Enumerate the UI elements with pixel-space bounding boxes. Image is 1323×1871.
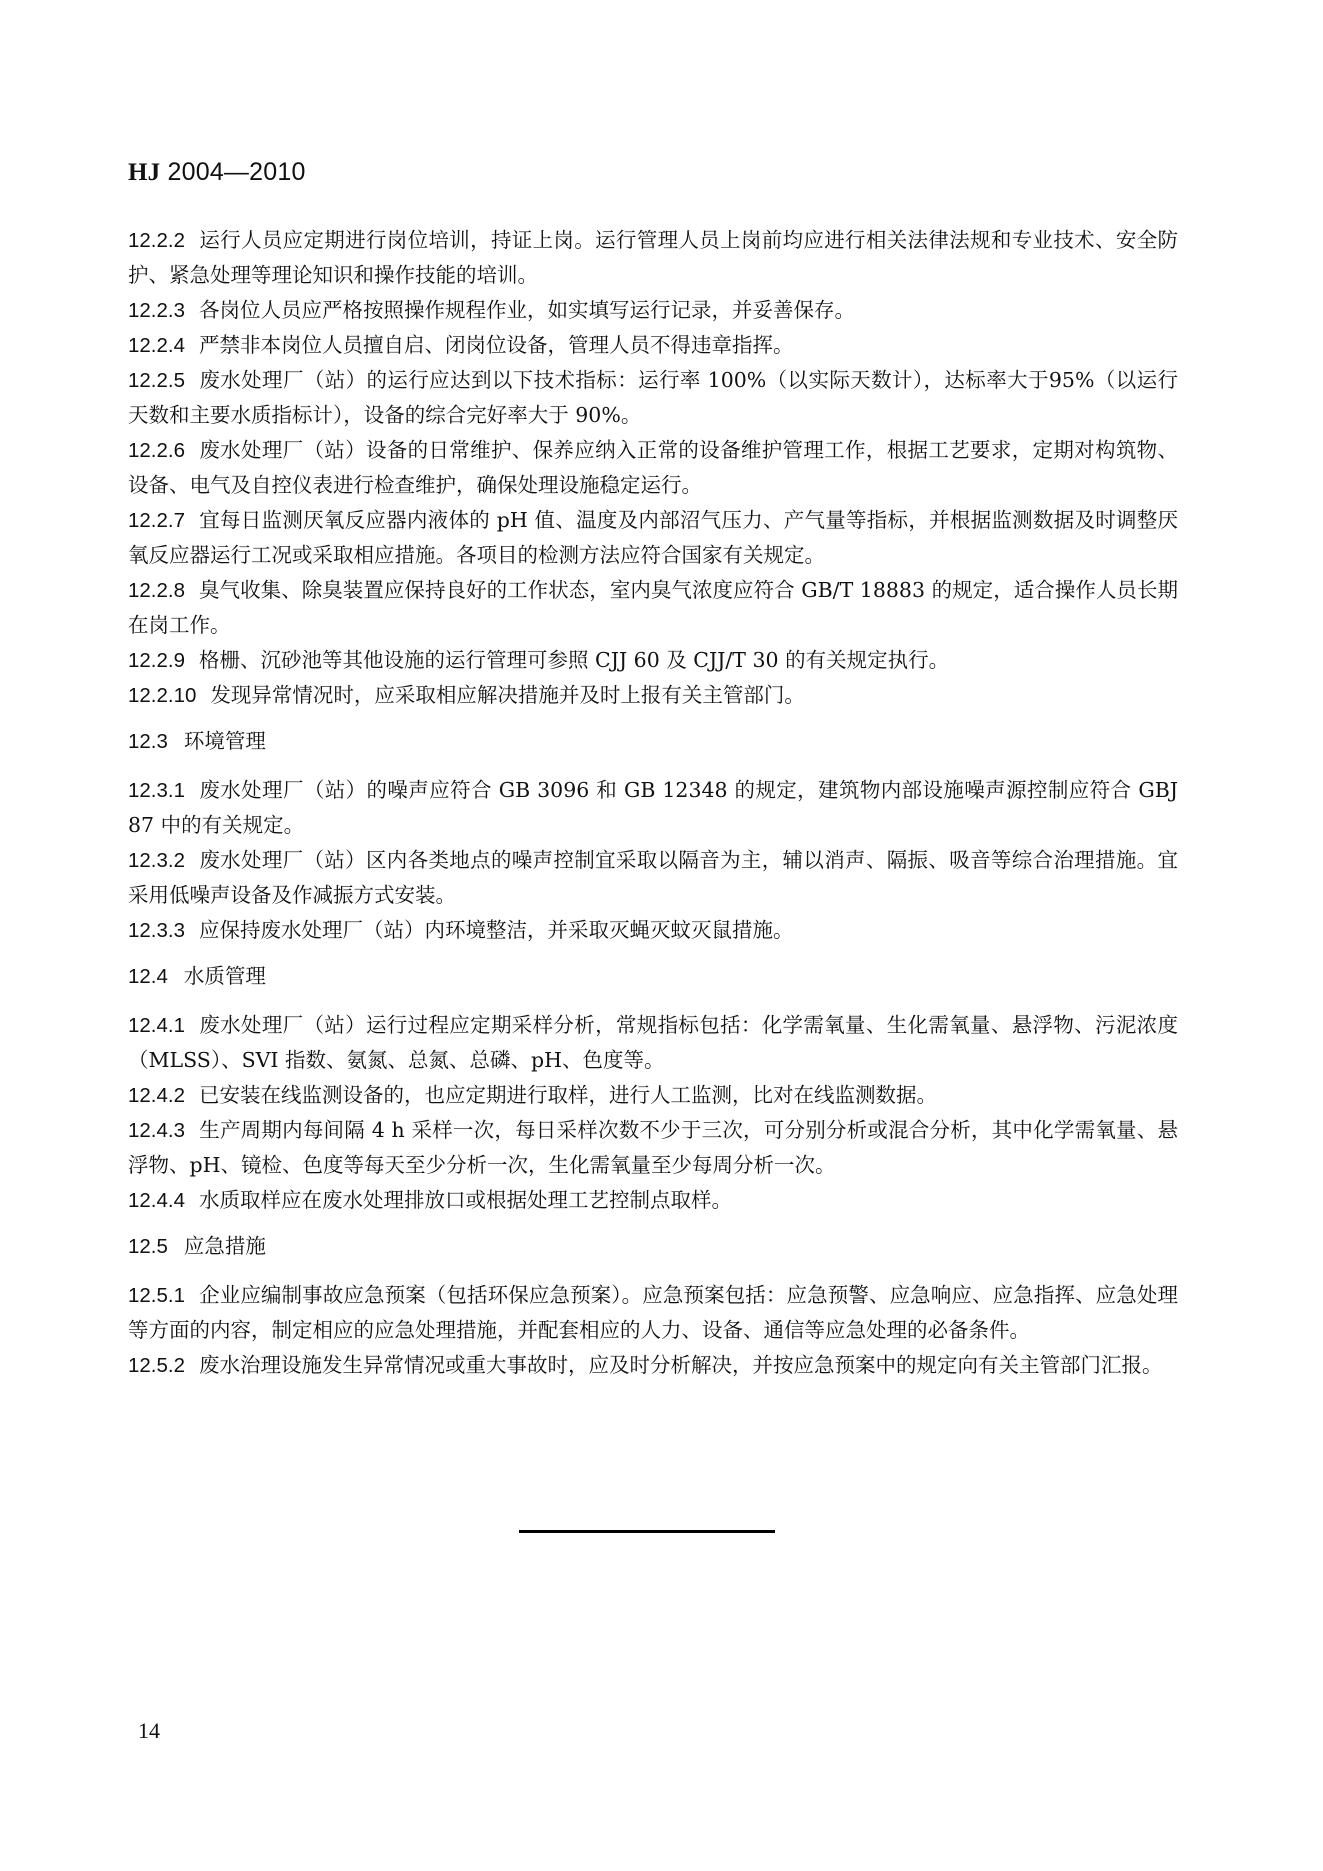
clause-12-3-1: 12.3.1废水处理厂（站）的噪声应符合 GB 3096 和 GB 12348 … — [128, 773, 1178, 843]
clause-number: 12.2.5 — [128, 363, 185, 398]
clause-text: 臭气收集、除臭装置应保持良好的工作状态，室内臭气浓度应符合 GB/T 18883… — [128, 578, 1178, 637]
clause-12-2-9: 12.2.9格栅、沉砂池等其他设施的运行管理可参照 CJJ 60 及 CJJ/T… — [128, 643, 1178, 678]
clause-12-2-7: 12.2.7宜每日监测厌氧反应器内液体的 pH 值、温度及内部沼气压力、产气量等… — [128, 503, 1178, 573]
clause-text: 运行人员应定期进行岗位培训，持证上岗。运行管理人员上岗前均应进行相关法律法规和专… — [128, 228, 1178, 287]
clause-12-4-3: 12.4.3生产周期内每间隔 4 h 采样一次，每日采样次数不少于三次，可分别分… — [128, 1113, 1178, 1183]
standard-code-header: HJ 2004—2010 — [128, 158, 306, 187]
clause-number: 12.3.3 — [128, 913, 185, 948]
clause-12-2-4: 12.2.4严禁非本岗位人员擅自启、闭岗位设备，管理人员不得违章指挥。 — [128, 328, 1178, 363]
clause-number: 12.2.2 — [128, 223, 185, 258]
clause-text: 水质取样应在废水处理排放口或根据处理工艺控制点取样。 — [199, 1188, 732, 1212]
clause-text: 各岗位人员应严格按照操作规程作业，如实填写运行记录，并妥善保存。 — [199, 298, 855, 322]
clause-12-5-1: 12.5.1企业应编制事故应急预案（包括环保应急预案）。应急预案包括：应急预警、… — [128, 1278, 1178, 1348]
clause-text: 废水处理厂（站）的噪声应符合 GB 3096 和 GB 12348 的规定，建筑… — [128, 778, 1178, 837]
clause-number: 12.2.9 — [128, 643, 185, 678]
clause-text: 已安装在线监测设备的，也应定期进行取样，进行人工监测，比对在线监测数据。 — [199, 1083, 937, 1107]
clause-12-2-2: 12.2.2运行人员应定期进行岗位培训，持证上岗。运行管理人员上岗前均应进行相关… — [128, 223, 1178, 293]
section-number: 12.5 — [128, 1235, 168, 1258]
clause-number: 12.2.10 — [128, 678, 196, 713]
clause-12-5-2: 12.5.2废水治理设施发生异常情况或重大事故时，应及时分析解决，并按应急预案中… — [128, 1348, 1178, 1383]
standard-number: 2004—2010 — [168, 158, 306, 186]
clause-12-2-6: 12.2.6废水处理厂（站）设备的日常维护、保养应纳入正常的设备维护管理工作，根… — [128, 433, 1178, 503]
clause-text: 格栅、沉砂池等其他设施的运行管理可参照 CJJ 60 及 CJJ/T 30 的有… — [199, 648, 949, 672]
clause-number: 12.3.2 — [128, 843, 185, 878]
clause-12-4-1: 12.4.1废水处理厂（站）运行过程应定期采样分析，常规指标包括：化学需氧量、生… — [128, 1008, 1178, 1078]
clause-text: 废水处理厂（站）运行过程应定期采样分析，常规指标包括：化学需氧量、生化需氧量、悬… — [128, 1013, 1178, 1072]
section-heading-12-3: 12.3环境管理 — [128, 724, 1178, 759]
page-number: 14 — [138, 1718, 160, 1744]
clause-text: 废水处理厂（站）的运行应达到以下技术指标：运行率 100%（以实际天数计），达标… — [128, 368, 1178, 427]
clause-text: 发现异常情况时，应采取相应解决措施并及时上报有关主管部门。 — [210, 683, 805, 707]
clause-text: 生产周期内每间隔 4 h 采样一次，每日采样次数不少于三次，可分别分析或混合分析… — [128, 1118, 1178, 1177]
clause-text: 废水处理厂（站）区内各类地点的噪声控制宜采取以隔音为主，辅以消声、隔振、吸音等综… — [128, 848, 1178, 907]
clause-12-2-5: 12.2.5废水处理厂（站）的运行应达到以下技术指标：运行率 100%（以实际天… — [128, 363, 1178, 433]
clause-text: 应保持废水处理厂（站）内环境整洁，并采取灭蝇灭蚊灭鼠措施。 — [199, 918, 794, 942]
clause-number: 12.4.4 — [128, 1183, 185, 1218]
clause-12-3-3: 12.3.3应保持废水处理厂（站）内环境整洁，并采取灭蝇灭蚊灭鼠措施。 — [128, 913, 1178, 948]
clause-number: 12.2.4 — [128, 328, 185, 363]
section-title: 水质管理 — [184, 964, 266, 988]
clause-text: 企业应编制事故应急预案（包括环保应急预案）。应急预案包括：应急预警、应急响应、应… — [128, 1283, 1178, 1342]
clause-number: 12.4.2 — [128, 1078, 185, 1113]
clause-number: 12.2.8 — [128, 573, 185, 608]
clause-number: 12.2.3 — [128, 293, 185, 328]
clause-number: 12.2.7 — [128, 503, 185, 538]
section-number: 12.4 — [128, 965, 168, 988]
document-body: 12.2.2运行人员应定期进行岗位培训，持证上岗。运行管理人员上岗前均应进行相关… — [128, 223, 1178, 1383]
clause-number: 12.3.1 — [128, 773, 185, 808]
clause-12-2-10: 12.2.10发现异常情况时，应采取相应解决措施并及时上报有关主管部门。 — [128, 678, 1178, 713]
standard-prefix: HJ — [128, 159, 160, 186]
section-title: 应急措施 — [184, 1234, 266, 1258]
section-heading-12-5: 12.5应急措施 — [128, 1229, 1178, 1264]
clause-12-2-3: 12.2.3各岗位人员应严格按照操作规程作业，如实填写运行记录，并妥善保存。 — [128, 293, 1178, 328]
clause-text: 宜每日监测厌氧反应器内液体的 pH 值、温度及内部沼气压力、产气量等指标，并根据… — [128, 508, 1178, 567]
clause-12-2-8: 12.2.8臭气收集、除臭装置应保持良好的工作状态，室内臭气浓度应符合 GB/T… — [128, 573, 1178, 643]
clause-text: 废水处理厂（站）设备的日常维护、保养应纳入正常的设备维护管理工作，根据工艺要求，… — [128, 438, 1178, 497]
clause-text: 废水治理设施发生异常情况或重大事故时，应及时分析解决，并按应急预案中的规定向有关… — [199, 1353, 1163, 1377]
section-title: 环境管理 — [184, 729, 266, 753]
clause-number: 12.5.2 — [128, 1348, 185, 1383]
clause-number: 12.4.3 — [128, 1113, 185, 1148]
clause-12-4-4: 12.4.4水质取样应在废水处理排放口或根据处理工艺控制点取样。 — [128, 1183, 1178, 1218]
end-of-document-rule — [519, 1530, 775, 1533]
clause-12-3-2: 12.3.2废水处理厂（站）区内各类地点的噪声控制宜采取以隔音为主，辅以消声、隔… — [128, 843, 1178, 913]
clause-text: 严禁非本岗位人员擅自启、闭岗位设备，管理人员不得违章指挥。 — [199, 333, 794, 357]
clause-12-4-2: 12.4.2已安装在线监测设备的，也应定期进行取样，进行人工监测，比对在线监测数… — [128, 1078, 1178, 1113]
section-number: 12.3 — [128, 730, 168, 753]
document-page: HJ 2004—2010 12.2.2运行人员应定期进行岗位培训，持证上岗。运行… — [0, 0, 1323, 1871]
clause-number: 12.4.1 — [128, 1008, 185, 1043]
clause-number: 12.2.6 — [128, 433, 185, 468]
section-heading-12-4: 12.4水质管理 — [128, 959, 1178, 994]
clause-number: 12.5.1 — [128, 1278, 185, 1313]
